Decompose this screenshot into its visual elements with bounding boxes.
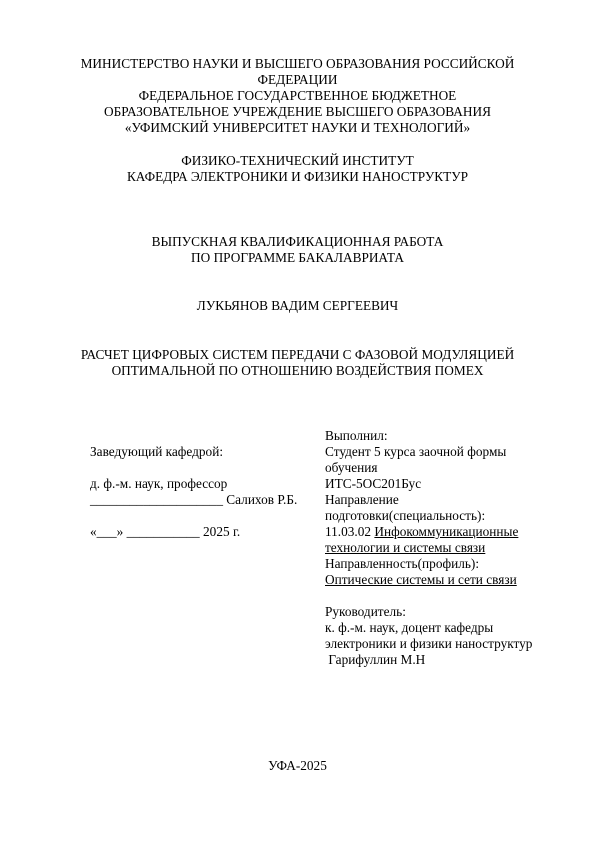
ministry-header: МИНИСТЕРСТВО НАУКИ И ВЫСШЕГО ОБРАЗОВАНИЯ… [0, 56, 595, 136]
city-year: УФА-2025 [0, 758, 595, 774]
direction-label: Направление [325, 492, 565, 508]
supervisor-department: электроники и физики наноструктур [325, 636, 565, 652]
direction-code: 11.03.02 [325, 524, 374, 539]
direction-name: технологии и системы связи [325, 540, 565, 556]
supervisor-label: Руководитель: [325, 604, 565, 620]
direction-name: Инфокоммуникационные [374, 524, 518, 539]
supervisor-degree: к. ф.-м. наук, доцент кафедры [325, 620, 565, 636]
author-name-text: ЛУКЬЯНОВ ВАДИМ СЕРГЕЕВИЧ [0, 298, 595, 314]
profile-name: Оптические системы и сети связи [325, 572, 565, 588]
student-line: обучения [325, 460, 565, 476]
supervisor-name: Гарифуллин М.Н [325, 652, 565, 668]
head-date: «___» ___________ 2025 г. [90, 524, 320, 540]
header-line: МИНИСТЕРСТВО НАУКИ И ВЫСШЕГО ОБРАЗОВАНИЯ… [0, 56, 595, 72]
author-name: ЛУКЬЯНОВ ВАДИМ СЕРГЕЕВИЧ [0, 298, 595, 314]
header-line: «УФИМСКИЙ УНИВЕРСИТЕТ НАУКИ И ТЕХНОЛОГИЙ… [0, 120, 595, 136]
group-code: ИТС-5ОС201Бус [325, 476, 565, 492]
department-name: КАФЕДРА ЭЛЕКТРОНИКИ И ФИЗИКИ НАНОСТРУКТУ… [0, 169, 595, 185]
direction-label: подготовки(специальность): [325, 508, 565, 524]
institute-name: ФИЗИКО-ТЕХНИЧЕСКИЙ ИНСТИТУТ [0, 153, 595, 169]
header-line: ОБРАЗОВАТЕЛЬНОЕ УЧРЕЖДЕНИЕ ВЫСШЕГО ОБРАЗ… [0, 104, 595, 120]
header-line: ФЕДЕРАЛЬНОЕ ГОСУДАРСТВЕННОЕ БЮДЖЕТНОЕ [0, 88, 595, 104]
work-type-block: ВЫПУСКНАЯ КВАЛИФИКАЦИОННАЯ РАБОТА ПО ПРО… [0, 234, 595, 266]
head-label: Заведующий кафедрой: [90, 444, 320, 460]
city-year-text: УФА-2025 [0, 758, 595, 774]
work-type-line: ВЫПУСКНАЯ КВАЛИФИКАЦИОННАЯ РАБОТА [0, 234, 595, 250]
header-line: ФЕДЕРАЦИИ [0, 72, 595, 88]
head-of-department-block: Заведующий кафедрой: д. ф.-м. наук, проф… [90, 444, 320, 540]
work-type-line: ПО ПРОГРАММЕ БАКАЛАВРИАТА [0, 250, 595, 266]
performer-label: Выполнил: [325, 428, 565, 444]
thesis-topic: РАСЧЕТ ЦИФРОВЫХ СИСТЕМ ПЕРЕДАЧИ С ФАЗОВО… [0, 347, 595, 379]
performer-block: Выполнил: Студент 5 курса заочной формы … [325, 428, 565, 668]
student-line: Студент 5 курса заочной формы [325, 444, 565, 460]
institute-block: ФИЗИКО-ТЕХНИЧЕСКИЙ ИНСТИТУТ КАФЕДРА ЭЛЕК… [0, 153, 595, 185]
direction-line: 11.03.02 Инфокоммуникационные [325, 524, 565, 540]
topic-line: ОПТИМАЛЬНОЙ ПО ОТНОШЕНИЮ ВОЗДЕЙСТВИЯ ПОМ… [0, 363, 595, 379]
head-signature: ____________________ Салихов Р.Б. [90, 492, 320, 508]
topic-line: РАСЧЕТ ЦИФРОВЫХ СИСТЕМ ПЕРЕДАЧИ С ФАЗОВО… [0, 347, 595, 363]
head-degree: д. ф.-м. наук, профессор [90, 476, 320, 492]
profile-label: Направленность(профиль): [325, 556, 565, 572]
